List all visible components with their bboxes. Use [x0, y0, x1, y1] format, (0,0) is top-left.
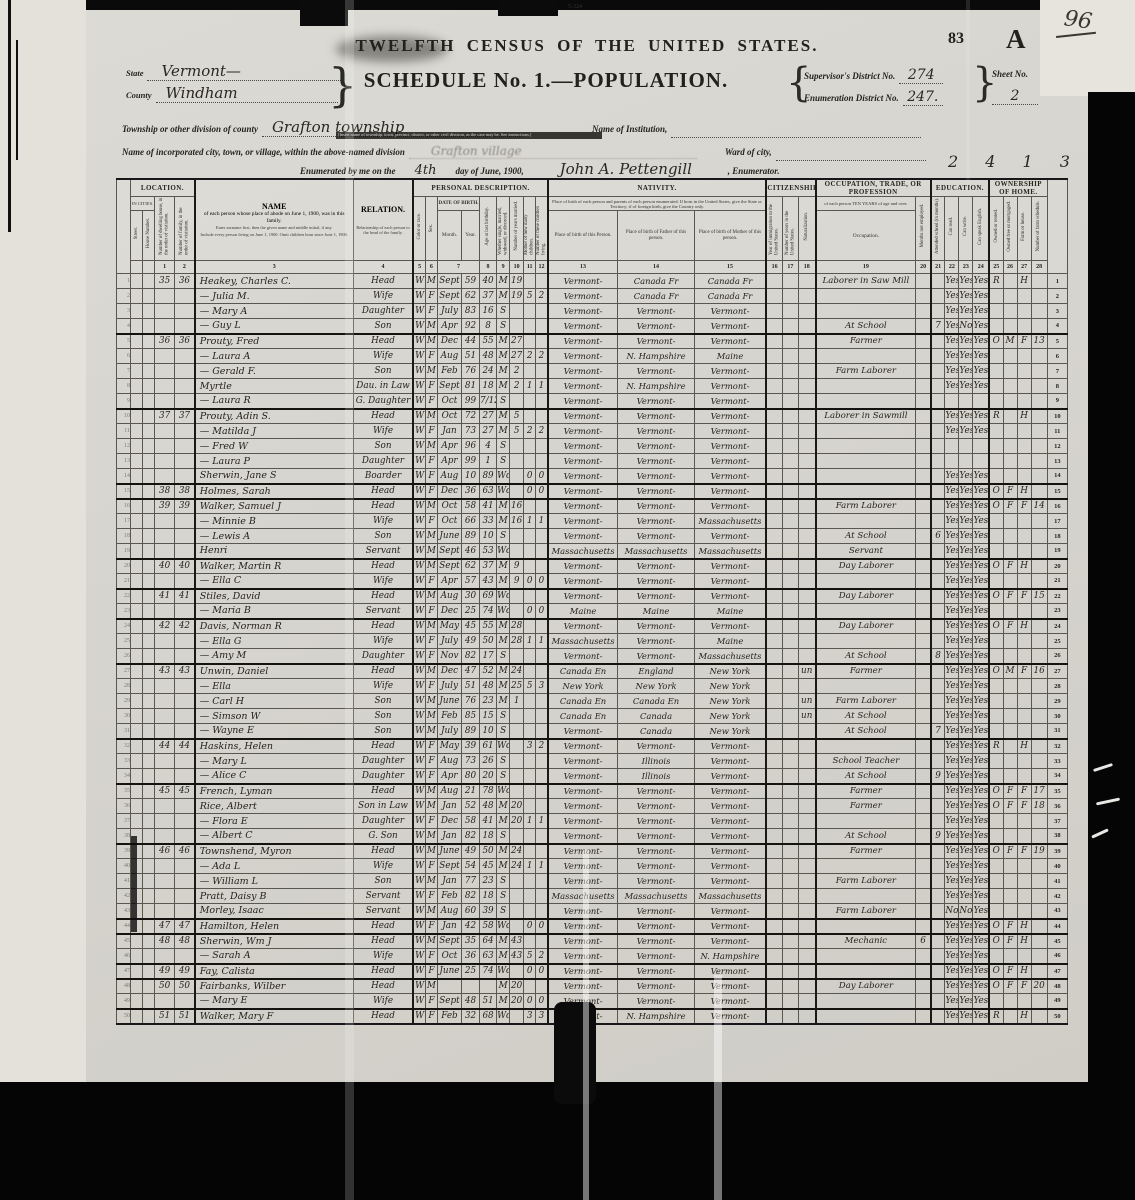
enumerated-prefix: Enumerated by me on the — [300, 166, 396, 176]
farm-house-cell: H — [1017, 1009, 1031, 1024]
house-number-cell — [143, 784, 155, 799]
street-cell — [131, 1009, 143, 1024]
occupation-cell — [816, 394, 916, 409]
months-not-employed-cell — [916, 724, 931, 739]
dwelling-number-cell — [155, 889, 175, 904]
farm-schedule-cell — [1031, 319, 1047, 334]
col-num: 24 — [973, 261, 989, 274]
marital-cell: M — [497, 799, 510, 814]
relation-cell: Wife — [353, 349, 413, 364]
color-cell: W — [413, 649, 425, 664]
owned-rented-cell — [989, 529, 1003, 544]
dwelling-number-cell: 35 — [155, 274, 175, 289]
name-cell: — Alice C — [195, 769, 353, 784]
left-line-number: 36 — [117, 799, 131, 814]
marital-cell: Wd — [497, 739, 510, 754]
years-in-us-cell — [782, 949, 798, 964]
line-number-cell: 46 — [1047, 949, 1067, 964]
children-living-cell — [536, 754, 548, 769]
can-write-cell: Yes — [959, 694, 973, 709]
birth-year-cell: 82 — [461, 829, 479, 844]
line-number-cell: 43 — [1047, 904, 1067, 919]
relation-cell: Head — [353, 274, 413, 289]
can-write-cell: Yes — [959, 889, 973, 904]
speak-english-cell: Yes — [973, 754, 989, 769]
can-read-label: Can read. — [949, 217, 955, 235]
years-married-cell — [510, 964, 524, 979]
farm-schedule-cell — [1031, 424, 1047, 439]
census-row: 8 Myrtle Dau. in Law W F Sept 81 18 M 2 … — [117, 379, 1068, 394]
naturalization-cell: un — [798, 709, 815, 724]
birthplace-cell: Vermont- — [548, 274, 618, 289]
years-married-cell — [510, 304, 524, 319]
birth-month-cell: Sept — [437, 934, 461, 949]
sex-cell: F — [425, 889, 437, 904]
farm-schedule-cell — [1031, 544, 1047, 559]
mother-of-cell — [524, 499, 536, 514]
occupation-cell — [816, 454, 916, 469]
years-in-us-cell — [782, 439, 798, 454]
years-in-us-cell — [782, 514, 798, 529]
free-mortgaged-cell — [1003, 574, 1017, 589]
years-in-us-cell — [782, 394, 798, 409]
marital-cell: M — [497, 364, 510, 379]
farm-schedule-cell — [1031, 919, 1047, 934]
age-cell: 74 — [480, 964, 497, 979]
birth-year-cell: 60 — [461, 904, 479, 919]
street-cell — [131, 649, 143, 664]
census-row: 15 38 38 Holmes, Sarah Head W F Dec 36 6… — [117, 484, 1068, 499]
family-number-cell — [175, 949, 195, 964]
years-in-us-cell — [782, 379, 798, 394]
naturalization-cell — [798, 889, 815, 904]
relation-cell: Wife — [353, 994, 413, 1009]
census-row: 43 Morley, Isaac Servant W M Aug 60 39 S… — [117, 904, 1068, 919]
relation-cell: Head — [353, 589, 413, 604]
speak-english-cell: Yes — [973, 799, 989, 814]
age-col-header: Age at last birthday. — [480, 197, 497, 261]
name-cell: Prouty, Fred — [195, 334, 353, 349]
color-cell: W — [413, 949, 425, 964]
birth-month-cell: Feb — [437, 889, 461, 904]
farm-house-cell: H — [1017, 739, 1031, 754]
name-cell: Holmes, Sarah — [195, 484, 353, 499]
owned-rented-cell — [989, 544, 1003, 559]
years-married-cell: 28 — [510, 634, 524, 649]
birthplace-cell: Vermont- — [548, 799, 618, 814]
free-mortgaged-cell — [1003, 304, 1017, 319]
speak-english-cell: Yes — [973, 544, 989, 559]
age-label: Age at last birthday. — [485, 207, 491, 246]
farm-schedule-cell: 17 — [1031, 784, 1047, 799]
relation-cell: Daughter — [353, 814, 413, 829]
name-cell: Fairbanks, Wilber — [195, 979, 353, 994]
mother-of-cell — [524, 829, 536, 844]
left-line-number: 48 — [117, 979, 131, 994]
immigration-year-cell — [766, 604, 782, 619]
farm-schedule-cell — [1031, 454, 1047, 469]
street-cell — [131, 604, 143, 619]
census-row: 45 48 48 Sherwin, Wm J Head W M Sept 35 … — [117, 934, 1068, 949]
house-number-cell — [143, 619, 155, 634]
birth-month-cell: Oct — [437, 949, 461, 964]
street-cell — [131, 304, 143, 319]
free-mortgaged-cell — [1003, 469, 1017, 484]
farm-schedule-col-header: Number of farm schedule. — [1031, 197, 1047, 261]
occupation-cell: At School — [816, 649, 916, 664]
street-cell — [131, 964, 143, 979]
father-birthplace-cell: Vermont- — [618, 499, 694, 514]
immigration-year-cell — [766, 814, 782, 829]
mother-of-cell — [524, 364, 536, 379]
farm-house-cell — [1017, 349, 1031, 364]
naturalization-cell — [798, 334, 815, 349]
street-cell — [131, 769, 143, 784]
family-number-cell — [175, 889, 195, 904]
marital-cell: M — [497, 619, 510, 634]
dwelling-number-cell — [155, 859, 175, 874]
months-not-employed-cell: 6 — [916, 934, 931, 949]
years-married-cell: 2 — [510, 364, 524, 379]
years-in-us-cell — [782, 574, 798, 589]
father-birthplace-cell: Vermont- — [618, 979, 694, 994]
col-num: 25 — [989, 261, 1003, 274]
education-header: EDUCATION. — [931, 179, 989, 197]
attended-school-cell — [931, 664, 945, 679]
free-mortgaged-cell — [1003, 859, 1017, 874]
can-read-cell: Yes — [945, 889, 959, 904]
naturalization-cell — [798, 289, 815, 304]
birthplace-cell: Vermont- — [548, 319, 618, 334]
enumeration-label: Enumeration District No. — [804, 93, 899, 103]
col-num: 12 — [536, 261, 548, 274]
children-living-cell: 0 — [536, 604, 548, 619]
relation-cell: Head — [353, 934, 413, 949]
birthplace-cell: Vermont- — [548, 949, 618, 964]
occupation-cell: Day Laborer — [816, 559, 916, 574]
attended-school-cell — [931, 604, 945, 619]
birthplace-cell: Vermont- — [548, 874, 618, 889]
line-number-col — [1047, 179, 1067, 274]
can-write-cell: Yes — [959, 604, 973, 619]
city-value: Grafton village — [409, 144, 697, 159]
col-num: 21 — [931, 261, 945, 274]
owned-rented-cell — [989, 634, 1003, 649]
sex-cell: F — [425, 739, 437, 754]
years-married-cell — [510, 709, 524, 724]
census-row: 26 — Amy M Daughter W F Nov 82 17 S Verm… — [117, 649, 1068, 664]
family-number-cell — [175, 604, 195, 619]
children-living-cell — [536, 874, 548, 889]
mother-of-cell — [524, 754, 536, 769]
naturalization-cell — [798, 919, 815, 934]
dwelling-number-cell: 43 — [155, 664, 175, 679]
naturalization-cell — [798, 1009, 815, 1024]
house-number-cell — [143, 874, 155, 889]
dwelling-number-cell: 49 — [155, 964, 175, 979]
years-married-cell: 9 — [510, 559, 524, 574]
owned-rented-cell: O — [989, 799, 1003, 814]
owned-rented-cell — [989, 754, 1003, 769]
naturalization-cell — [798, 994, 815, 1009]
mother-birthplace-cell: Vermont- — [694, 859, 766, 874]
free-mortgaged-cell: F — [1003, 979, 1017, 994]
attended-school-cell: 9 — [931, 829, 945, 844]
naturalization-cell — [798, 649, 815, 664]
sex-cell: F — [425, 679, 437, 694]
col-num: 4 — [353, 261, 413, 274]
relation-cell: Wife — [353, 949, 413, 964]
house-number-cell — [143, 379, 155, 394]
birth-year-cell: 62 — [461, 559, 479, 574]
father-birthplace-cell: Vermont- — [618, 934, 694, 949]
birth-year-cell: 10 — [461, 469, 479, 484]
col-num: 22 — [945, 261, 959, 274]
occupation-cell — [816, 679, 916, 694]
birth-year-cell: 73 — [461, 754, 479, 769]
color-cell: W — [413, 319, 425, 334]
left-line-number: 46 — [117, 949, 131, 964]
color-cell: W — [413, 769, 425, 784]
months-not-employed-cell — [916, 904, 931, 919]
relation-cell: Head — [353, 334, 413, 349]
free-mortgaged-cell — [1003, 274, 1017, 289]
owned-rented-cell — [989, 889, 1003, 904]
months-not-employed-cell — [916, 319, 931, 334]
farm-schedule-cell — [1031, 754, 1047, 769]
line-number-cell: 49 — [1047, 994, 1067, 1009]
free-mortgaged-cell: F — [1003, 799, 1017, 814]
name-cell: Walker, Martin R — [195, 559, 353, 574]
children-living-cell — [536, 499, 548, 514]
house-number-cell — [143, 754, 155, 769]
speak-english-cell — [973, 439, 989, 454]
sex-cell: F — [425, 1009, 437, 1024]
relation-cell: Servant — [353, 604, 413, 619]
can-read-cell: Yes — [945, 424, 959, 439]
mother-of-cell: 2 — [524, 349, 536, 364]
sex-cell: M — [425, 319, 437, 334]
relation-cell: Head — [353, 979, 413, 994]
father-birthplace-cell: N. Hampshire — [618, 1009, 694, 1024]
can-read-cell: Yes — [945, 934, 959, 949]
farm-schedule-cell — [1031, 439, 1047, 454]
birth-month-cell: July — [437, 724, 461, 739]
birth-month-cell: Aug — [437, 904, 461, 919]
dwelling-number-cell: 38 — [155, 484, 175, 499]
birth-year-cell: 36 — [461, 949, 479, 964]
free-mortgaged-cell: F — [1003, 919, 1017, 934]
supervisor-value: 274 — [899, 67, 943, 84]
speak-english-cell: Yes — [973, 739, 989, 754]
speak-english-cell: Yes — [973, 814, 989, 829]
mother-of-cell — [524, 979, 536, 994]
age-cell: 64 — [480, 934, 497, 949]
immigration-year-cell — [766, 499, 782, 514]
speak-english-cell: Yes — [973, 619, 989, 634]
marital-cell: M — [497, 274, 510, 289]
color-cell: W — [413, 799, 425, 814]
occupation-cell — [816, 919, 916, 934]
name-cell: Sherwin, Jane S — [195, 469, 353, 484]
age-cell: 52 — [480, 664, 497, 679]
sex-label: Sex. — [429, 224, 435, 232]
free-mortgaged-cell: F — [1003, 844, 1017, 859]
naturalization-label: Naturalization. — [804, 212, 810, 241]
father-birthplace-cell: Massachusetts — [618, 544, 694, 559]
col-num: 18 — [798, 261, 815, 274]
age-cell: 16 — [480, 304, 497, 319]
farm-house-cell: H — [1017, 274, 1031, 289]
speak-english-label: Can speak English. — [978, 208, 984, 245]
name-cell: — Carl H — [195, 694, 353, 709]
color-col-header: Color or race. — [413, 197, 425, 261]
years-married-cell — [510, 1009, 524, 1024]
farm-house-cell — [1017, 694, 1031, 709]
months-not-employed-cell — [916, 874, 931, 889]
free-mortgaged-cell — [1003, 739, 1017, 754]
can-write-cell: Yes — [959, 634, 973, 649]
marital-cell: Wd — [497, 964, 510, 979]
birthplace-cell: Vermont- — [548, 394, 618, 409]
farm-schedule-cell — [1031, 769, 1047, 784]
house-number-cell — [143, 949, 155, 964]
age-cell: 61 — [480, 739, 497, 754]
speak-english-col-header: Can speak English. — [973, 197, 989, 261]
birth-month-cell: Sept — [437, 379, 461, 394]
can-write-cell: Yes — [959, 529, 973, 544]
immigration-year-cell — [766, 289, 782, 304]
left-line-number: 33 — [117, 754, 131, 769]
birth-year-cell: 52 — [461, 799, 479, 814]
relation-cell: Head — [353, 559, 413, 574]
birthplace-cell: Canada En — [548, 664, 618, 679]
years-married-cell: 24 — [510, 859, 524, 874]
years-married-cell — [510, 919, 524, 934]
can-write-cell: Yes — [959, 364, 973, 379]
name-cell: — Mary E — [195, 994, 353, 1009]
years-in-us-cell — [782, 274, 798, 289]
immigration-year-cell — [766, 649, 782, 664]
immigration-year-cell — [766, 394, 782, 409]
birth-month-cell: Sept — [437, 559, 461, 574]
father-birthplace-cell: Illinois — [618, 754, 694, 769]
months-not-employed-cell — [916, 349, 931, 364]
birthplace-cell: Vermont- — [548, 439, 618, 454]
birth-month-cell: June — [437, 529, 461, 544]
years-married-label: Number of years married. — [514, 201, 520, 251]
marital-cell: Wd — [497, 919, 510, 934]
house-number-cell — [143, 829, 155, 844]
relation-cell: Wife — [353, 289, 413, 304]
children-living-cell — [536, 844, 548, 859]
sex-cell: M — [425, 724, 437, 739]
farm-house-cell — [1017, 544, 1031, 559]
house-number-cell — [143, 919, 155, 934]
children-living-col-header: Number of these children living. — [536, 197, 548, 261]
mother-birthplace-cell: Vermont- — [694, 619, 766, 634]
attended-school-cell — [931, 589, 945, 604]
township-note: [Insert name of township, town, precinct… — [336, 132, 602, 139]
occupation-cell: At School — [816, 829, 916, 844]
farm-house-cell: H — [1017, 919, 1031, 934]
mother-birthplace-cell: Vermont- — [694, 964, 766, 979]
name-cell: Davis, Norman R — [195, 619, 353, 634]
relation-cell: Daughter — [353, 754, 413, 769]
immigration-year-cell — [766, 559, 782, 574]
dwelling-number-cell — [155, 514, 175, 529]
house-number-cell — [143, 574, 155, 589]
father-birthplace-cell: Canada — [618, 724, 694, 739]
enumerator-signature: John A. Pettengill — [528, 160, 724, 179]
immigration-year-cell — [766, 694, 782, 709]
color-cell: W — [413, 574, 425, 589]
census-row: 42 Pratt, Daisy B Servant W F Feb 82 18 … — [117, 889, 1068, 904]
sex-cell: F — [425, 304, 437, 319]
color-cell: W — [413, 349, 425, 364]
can-write-cell: Yes — [959, 574, 973, 589]
can-read-cell: Yes — [945, 829, 959, 844]
free-mortgaged-cell — [1003, 514, 1017, 529]
sex-cell: F — [425, 514, 437, 529]
can-write-cell: Yes — [959, 349, 973, 364]
sex-cell: M — [425, 829, 437, 844]
house-number-cell — [143, 304, 155, 319]
free-mortgaged-cell: M — [1003, 334, 1017, 349]
attended-school-cell: 7 — [931, 319, 945, 334]
children-living-cell — [536, 544, 548, 559]
occupation-cell — [816, 304, 916, 319]
can-read-cell: Yes — [945, 274, 959, 289]
birthplace-cell: Vermont- — [548, 979, 618, 994]
months-not-employed-cell — [916, 379, 931, 394]
naturalization-cell — [798, 814, 815, 829]
naturalization-cell — [798, 904, 815, 919]
house-number-cell — [143, 589, 155, 604]
speak-english-cell: Yes — [973, 469, 989, 484]
free-mortgaged-cell — [1003, 679, 1017, 694]
years-married-cell — [510, 394, 524, 409]
immigration-year-cell — [766, 919, 782, 934]
naturalization-cell — [798, 829, 815, 844]
attended-school-cell — [931, 679, 945, 694]
left-line-number: 32 — [117, 739, 131, 754]
months-not-employed-cell — [916, 514, 931, 529]
immigration-year-cell — [766, 739, 782, 754]
sex-cell: F — [425, 349, 437, 364]
years-married-cell — [510, 319, 524, 334]
street-cell — [131, 694, 143, 709]
dwelling-number-cell: 45 — [155, 784, 175, 799]
birthplace-mother-header: Place of birth of Mother of this person. — [694, 211, 766, 261]
immigration-year-cell — [766, 424, 782, 439]
naturalization-cell — [798, 964, 815, 979]
birth-year-cell: 51 — [461, 679, 479, 694]
left-line-number: 43 — [117, 904, 131, 919]
family-number-cell — [175, 304, 195, 319]
marital-cell: S — [497, 889, 510, 904]
birth-month-cell: Dec — [437, 814, 461, 829]
sex-cell: M — [425, 664, 437, 679]
ward-line — [776, 142, 926, 161]
months-not-employed-cell — [916, 439, 931, 454]
birth-month-cell: June — [437, 694, 461, 709]
relation-cell: G. Son — [353, 829, 413, 844]
dwelling-number-cell — [155, 454, 175, 469]
can-write-cell: Yes — [959, 964, 973, 979]
mother-birthplace-cell: Vermont- — [694, 814, 766, 829]
can-read-cell — [945, 454, 959, 469]
